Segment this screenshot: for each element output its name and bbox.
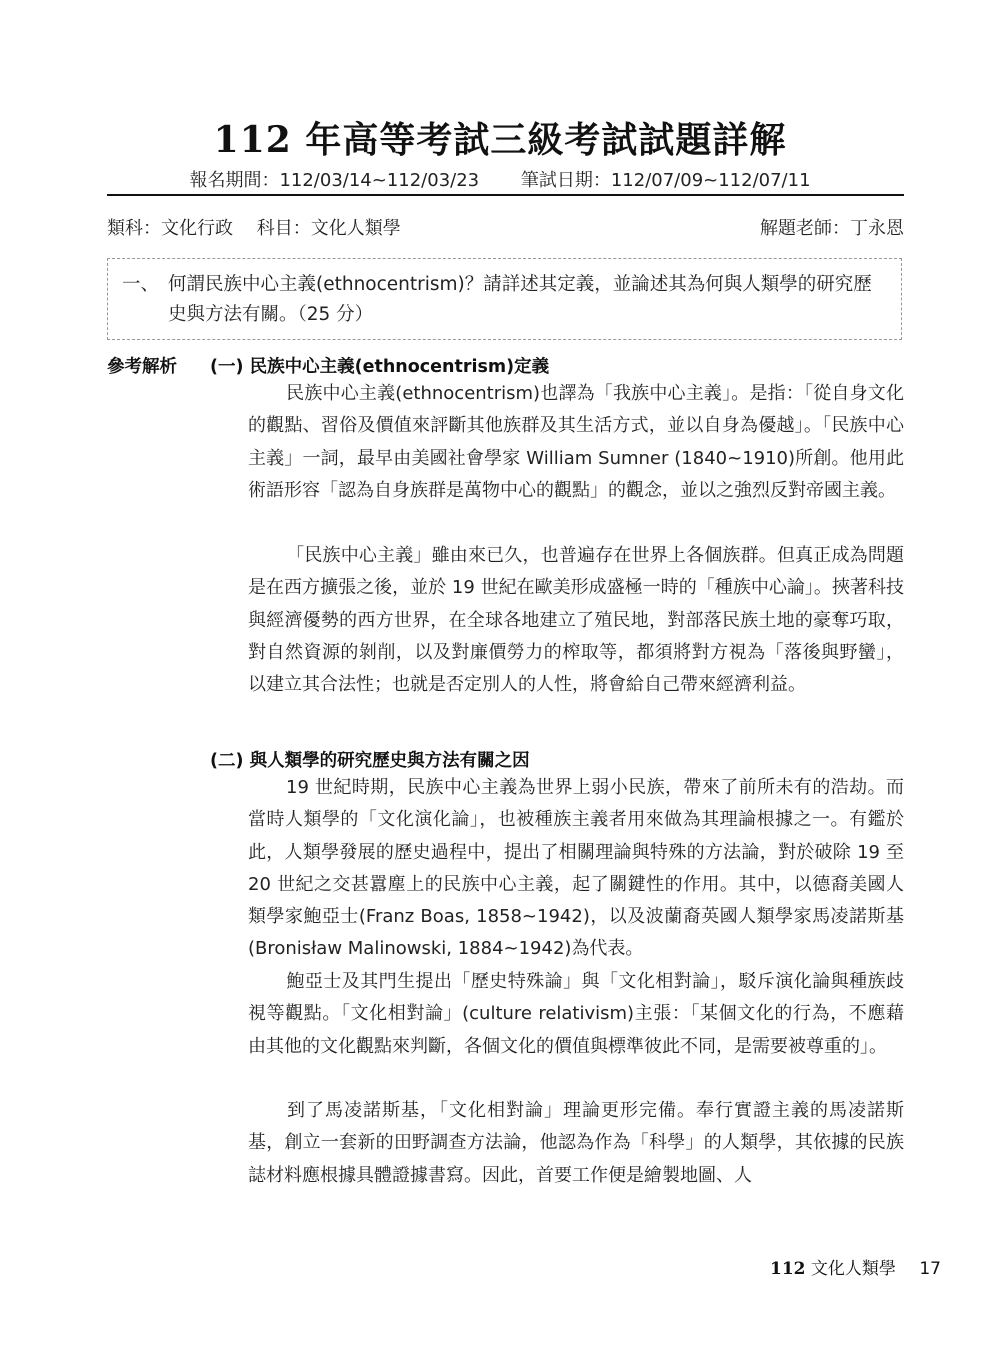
paragraph: 「民族中心主義」雖由來已久，也普遍存在世界上各個族群。但真正成為問題是在西方擴張… (248, 540, 904, 701)
teacher: 解題老師：丁永恩 (760, 214, 904, 240)
question-number: 一、 (122, 270, 159, 300)
footer-year: 112 (770, 1259, 806, 1279)
answer-label: 參考解析 (107, 353, 177, 378)
section-heading-1: (一) 民族中心主義(ethnocentrism)定義 (210, 353, 549, 378)
exam-dates: 報名期間：112/03/14~112/03/23 筆試日期：112/07/09~… (0, 166, 1000, 192)
footer-subject: 文化人類學 (811, 1259, 896, 1279)
paragraph-text: 到了馬凌諾斯基，「文化相對論」理論更形完備。奉行實證主義的馬凌諾斯基，創立一套新… (248, 1100, 904, 1186)
page-footer: 112 文化人類學 17 (770, 1254, 941, 1279)
page-number: 17 (919, 1259, 941, 1279)
registration-period: 報名期間：112/03/14~112/03/23 (189, 170, 479, 191)
paragraph: 19 世紀時期，民族中心主義為世界上弱小民族，帶來了前所未有的浩劫。而當時人類學… (248, 772, 904, 966)
section-heading-2: (二) 與人類學的研究歷史與方法有關之因 (210, 747, 530, 772)
subject: 科目：文化人類學 (257, 218, 401, 239)
paragraph-text: 民族中心主義(ethnocentrism)也譯為「我族中心主義」。是指：「從自身… (248, 383, 904, 501)
paragraph-text: 19 世紀時期，民族中心主義為世界上弱小民族，帶來了前所未有的浩劫。而當時人類學… (248, 777, 904, 959)
header-divider (107, 194, 904, 196)
question-box: 一、 何謂民族中心主義(ethnocentrism)？請詳述其定義，並論述其為何… (107, 258, 902, 340)
paragraph-text: 鮑亞士及其門生提出「歷史特殊論」與「文化相對論」，駁斥演化論與種族歧視等觀點。「… (248, 971, 904, 1057)
written-exam-dates: 筆試日期：112/07/09~112/07/11 (521, 170, 811, 191)
paragraph: 民族中心主義(ethnocentrism)也譯為「我族中心主義」。是指：「從自身… (248, 378, 904, 507)
page-title: 112 年高等考試三級考試試題詳解 (0, 112, 1000, 163)
exam-meta: 類科：文化行政 科目：文化人類學 解題老師：丁永恩 (107, 214, 904, 240)
paragraph-text: 「民族中心主義」雖由來已久，也普遍存在世界上各個族群。但真正成為問題是在西方擴張… (248, 545, 904, 695)
question-text: 何謂民族中心主義(ethnocentrism)？請詳述其定義，並論述其為何與人類… (168, 270, 889, 330)
paragraph: 鮑亞士及其門生提出「歷史特殊論」與「文化相對論」，駁斥演化論與種族歧視等觀點。「… (248, 966, 904, 1063)
category: 類科：文化行政 (107, 218, 233, 239)
paragraph: 到了馬凌諾斯基，「文化相對論」理論更形完備。奉行實證主義的馬凌諾斯基，創立一套新… (248, 1095, 904, 1192)
